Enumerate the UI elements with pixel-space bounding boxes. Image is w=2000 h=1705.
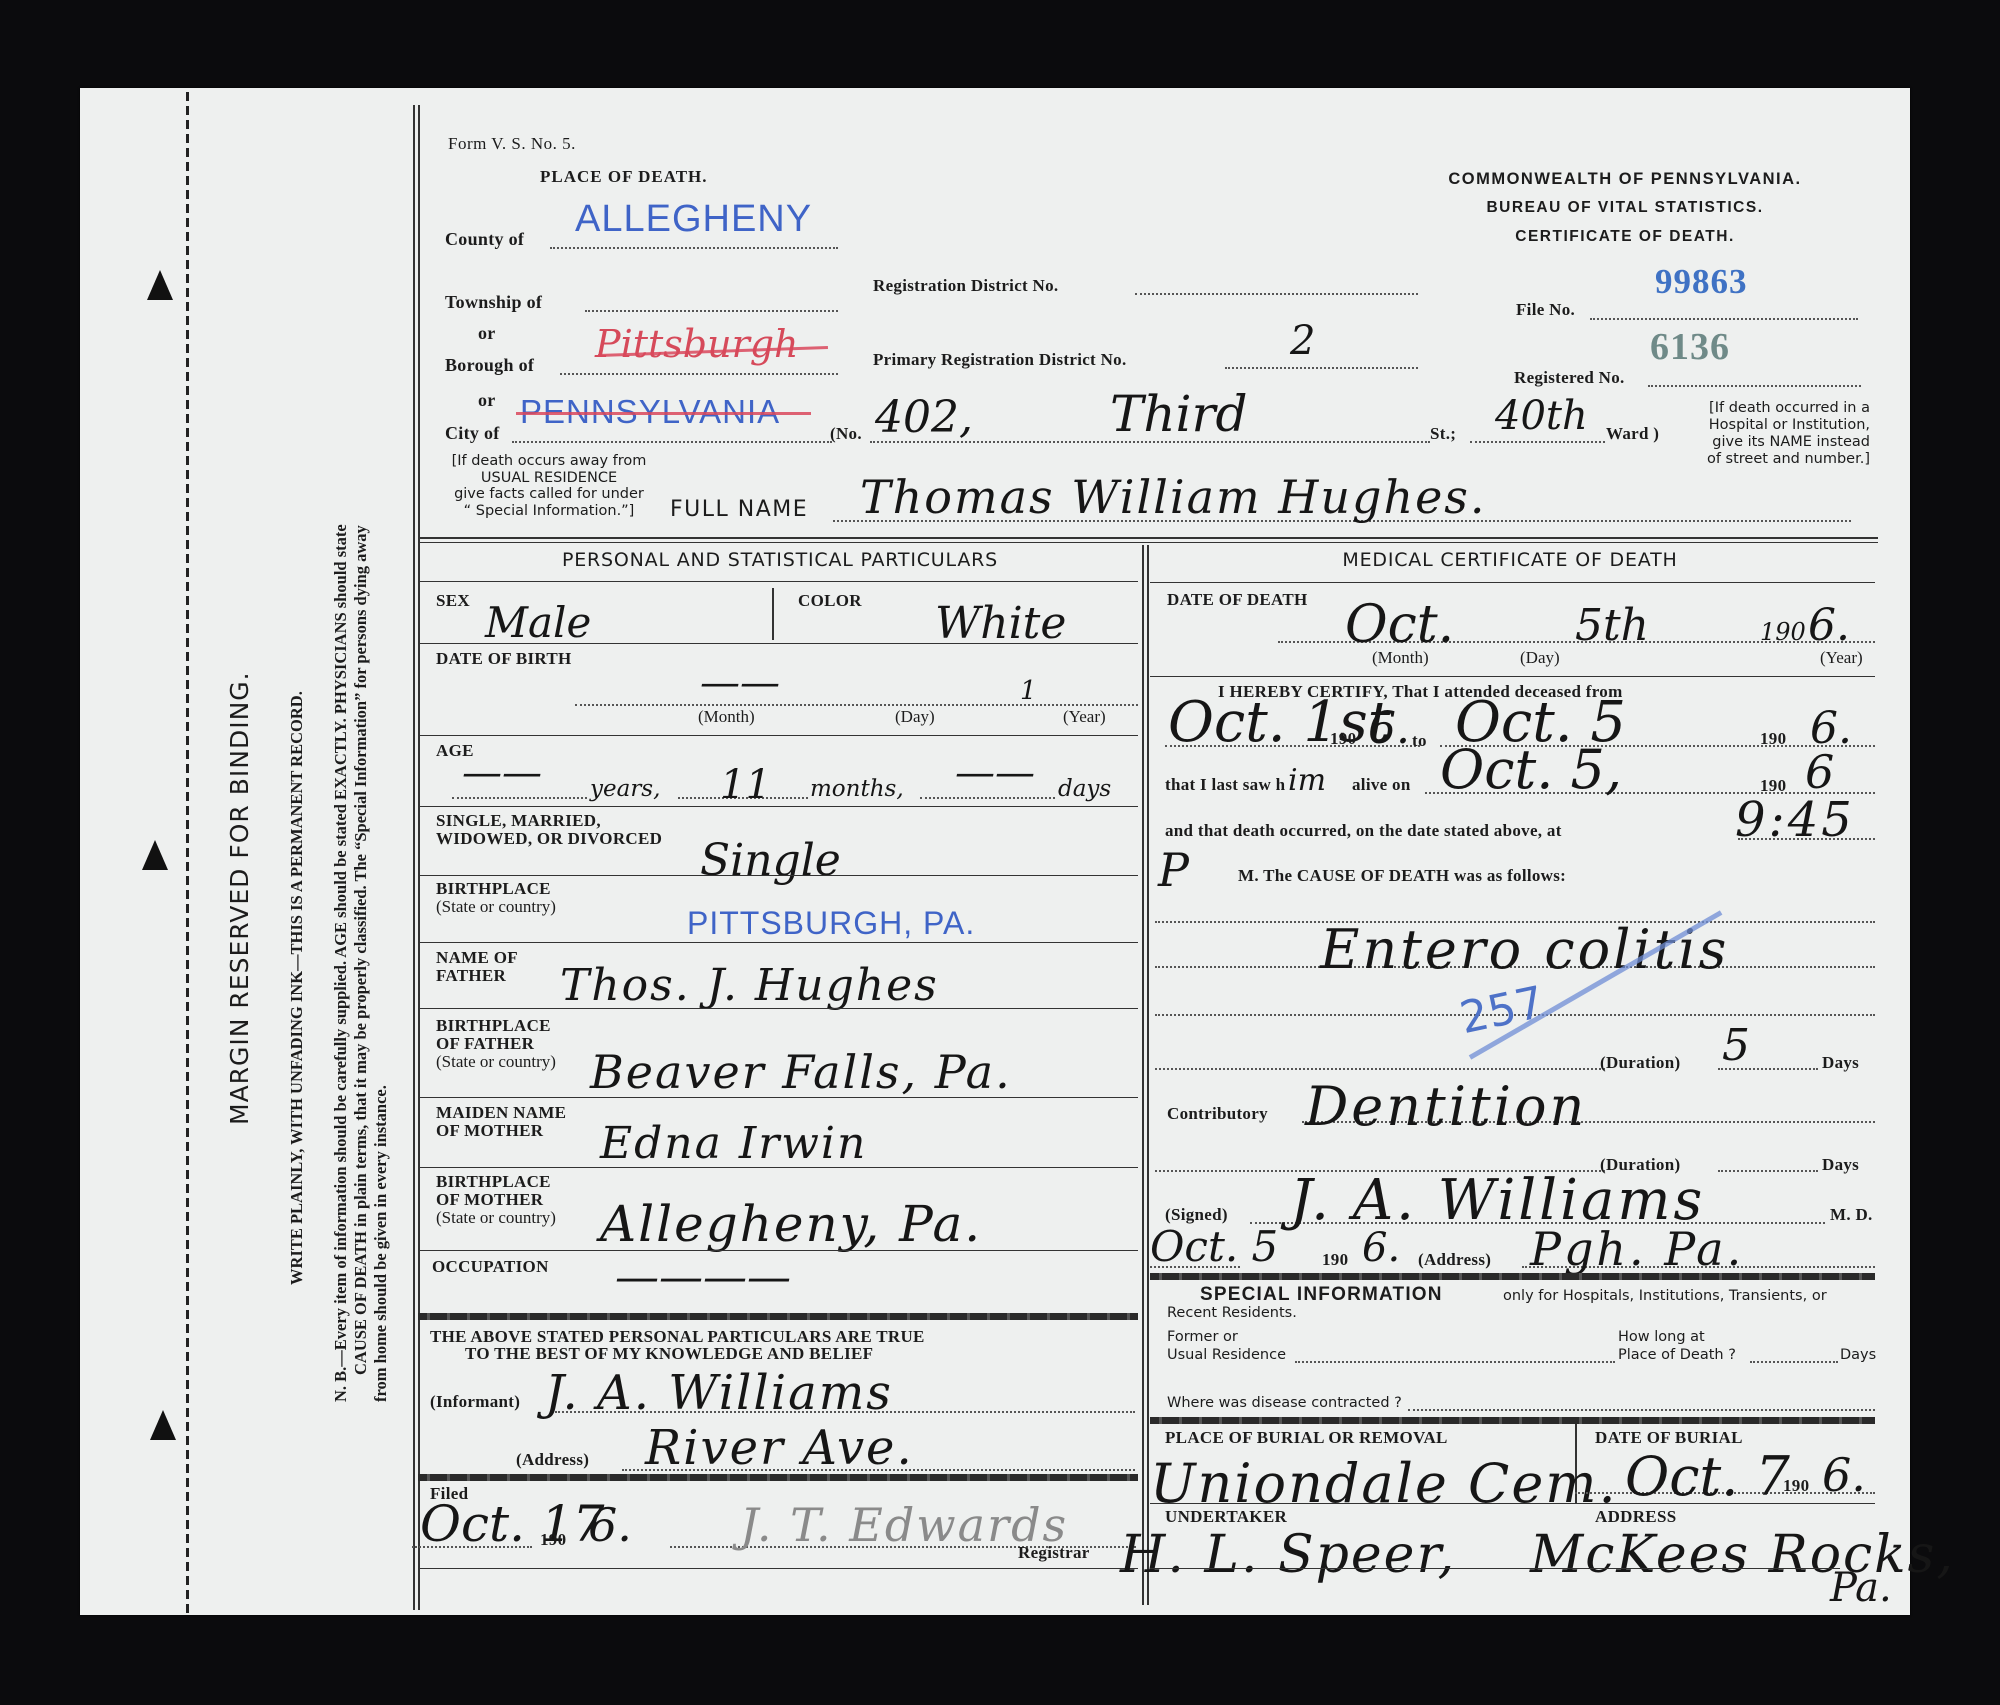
informant-address-value: River Ave. bbox=[645, 1420, 914, 1476]
street-name-value: Third bbox=[1110, 385, 1247, 443]
attended-from-year: 6. bbox=[1368, 703, 1410, 754]
city-label: City of bbox=[445, 423, 500, 444]
occupation-label: OCCUPATION bbox=[432, 1257, 549, 1277]
row-rule bbox=[420, 806, 1138, 807]
former-residence-label-2: Usual Residence bbox=[1167, 1347, 1286, 1363]
margin-rule bbox=[418, 105, 420, 1610]
registered-number-label: Registered No. bbox=[1514, 368, 1625, 388]
street-number-value: 402, bbox=[875, 392, 973, 443]
registration-district-line bbox=[1135, 293, 1418, 295]
borough-line bbox=[560, 373, 838, 375]
commonwealth-title: COMMONWEALTH OF PENNSYLVANIA. bbox=[1410, 170, 1840, 189]
binding-dashed-line bbox=[186, 92, 189, 1615]
full-name-value: Thomas William Hughes. bbox=[860, 470, 1487, 524]
am-pm-value: P bbox=[1158, 843, 1189, 897]
county-line bbox=[550, 247, 838, 249]
header-rule bbox=[420, 542, 1878, 543]
city-line bbox=[512, 441, 832, 443]
md-label: M. D. bbox=[1830, 1205, 1873, 1225]
burial-place-label: PLACE OF BURIAL OR REMOVAL bbox=[1165, 1428, 1448, 1448]
informant-value: J. A. Williams bbox=[545, 1365, 893, 1421]
row-rule bbox=[1150, 582, 1875, 583]
note-line: [If death occurred in a bbox=[1655, 400, 1870, 417]
signed-year-value: 6. bbox=[1362, 1225, 1400, 1271]
row-rule bbox=[420, 1097, 1138, 1098]
note-line: Hospital or Institution, bbox=[1655, 417, 1870, 434]
month-caption: (Month) bbox=[1372, 648, 1429, 668]
note-line: “ Special Information.”] bbox=[441, 503, 657, 520]
date-of-death-month: Oct. bbox=[1345, 595, 1454, 655]
physician-address-value: Pgh. Pa. bbox=[1530, 1222, 1744, 1276]
color-label: COLOR bbox=[798, 591, 862, 611]
row-rule bbox=[420, 1167, 1138, 1168]
cause-line-4 bbox=[1155, 1068, 1605, 1070]
row-rule bbox=[420, 942, 1138, 943]
section-bar bbox=[418, 1474, 1138, 1481]
registered-number-value: 6136 bbox=[1650, 325, 1730, 369]
column-divider bbox=[1147, 545, 1149, 1605]
birthplace-sublabel: (State or country) bbox=[436, 897, 556, 917]
ward-line bbox=[1470, 441, 1605, 443]
date-of-death-year: 6. bbox=[1808, 600, 1850, 651]
township-line bbox=[585, 310, 838, 312]
special-info-subtitle: only for Hospitals, Institutions, Transi… bbox=[1503, 1288, 1827, 1304]
section-bar bbox=[1150, 1273, 1875, 1280]
undertaker-address-value-2: Pa. bbox=[1830, 1565, 1892, 1611]
filed-year-value: 6. bbox=[588, 1498, 632, 1552]
row-rule bbox=[420, 581, 1138, 582]
file-number-line bbox=[1590, 318, 1858, 320]
date-of-death-label: DATE OF DEATH bbox=[1167, 590, 1308, 610]
row-rule bbox=[420, 875, 1138, 876]
registered-number-line bbox=[1648, 385, 1861, 387]
mother-maiden-name-value: Edna Irwin bbox=[600, 1118, 867, 1169]
attended-from-190: 190 bbox=[1330, 729, 1356, 749]
father-birthplace-sublabel: (State or country) bbox=[436, 1052, 556, 1072]
nb-note-line-2: CAUSE OF DEATH in plain terms, that it m… bbox=[351, 525, 371, 1375]
former-residence-line bbox=[1295, 1361, 1615, 1363]
color-value: White bbox=[935, 598, 1066, 649]
time-of-death-value: 9:45 bbox=[1735, 792, 1855, 848]
row-rule bbox=[420, 1250, 1138, 1251]
months-caption: months, bbox=[810, 776, 904, 802]
informant-address-label: (Address) bbox=[516, 1450, 589, 1470]
contributory-value: Dentition bbox=[1305, 1075, 1587, 1138]
alive-on-label: alive on bbox=[1352, 775, 1411, 795]
attended-to-190: 190 bbox=[1760, 729, 1786, 749]
form-number: Form V. S. No. 5. bbox=[448, 134, 576, 154]
age-days-value: —— bbox=[955, 750, 1035, 796]
burial-190: 190 bbox=[1783, 1476, 1809, 1496]
signed-date-value: Oct. 5 bbox=[1150, 1222, 1278, 1271]
primary-district-line bbox=[1225, 367, 1418, 369]
physician-address-label: (Address) bbox=[1418, 1250, 1491, 1270]
margin-rule bbox=[413, 105, 415, 1610]
street-label: St.; bbox=[1430, 424, 1456, 444]
month-caption: (Month) bbox=[698, 707, 755, 727]
row-rule bbox=[1150, 1503, 1875, 1504]
nb-note-line-1: N. B.—Every item of information should b… bbox=[331, 524, 351, 1402]
file-number-label: File No. bbox=[1516, 300, 1575, 320]
primary-district-value: 2 bbox=[1290, 318, 1315, 364]
binding-margin-text: MARGIN RESERVED FOR BINDING. bbox=[225, 671, 254, 1125]
birthplace-label: BIRTHPLACE bbox=[436, 879, 551, 899]
bottom-rule bbox=[1150, 1568, 1840, 1569]
dob-label: DATE OF BIRTH bbox=[436, 649, 572, 669]
bureau-title: BUREAU OF VITAL STATISTICS. bbox=[1410, 199, 1840, 217]
column-divider bbox=[1142, 545, 1144, 1605]
marital-label-line-2: WIDOWED, OR DIVORCED bbox=[436, 829, 662, 849]
day-caption: (Day) bbox=[1520, 648, 1560, 668]
days-caption: days bbox=[1058, 776, 1111, 802]
row-rule bbox=[420, 1008, 1138, 1009]
how-long-days-label: Days bbox=[1840, 1347, 1876, 1363]
occupation-value: ———— bbox=[615, 1252, 791, 1303]
header-rule bbox=[420, 537, 1878, 539]
father-name-value: Thos. J. Hughes bbox=[560, 960, 939, 1011]
sex-color-divider bbox=[772, 588, 774, 640]
full-name-label: FULL NAME bbox=[670, 497, 808, 522]
how-long-label-2: Place of Death ? bbox=[1618, 1347, 1736, 1363]
write-plainly-note: WRITE PLAINLY, WITH UNFADING INK—THIS IS… bbox=[287, 691, 307, 1285]
duration-2-days-label: Days bbox=[1822, 1155, 1859, 1175]
usual-residence-note: [If death occurs away from USUAL RESIDEN… bbox=[441, 453, 657, 519]
borough-label: Borough of bbox=[445, 355, 534, 376]
death-occurred-statement: and that death occurred, on the date sta… bbox=[1165, 821, 1562, 841]
last-saw-him-value: im bbox=[1288, 763, 1326, 798]
note-line: [If death occurs away from bbox=[441, 453, 657, 470]
last-saw-year: 6 bbox=[1805, 745, 1834, 799]
disease-contracted-label: Where was disease contracted ? bbox=[1167, 1395, 1402, 1411]
registrar-label: Registrar bbox=[1018, 1543, 1090, 1563]
punch-hole-mark bbox=[147, 270, 173, 300]
cause-of-death-value: Entero colitis bbox=[1320, 918, 1729, 981]
signed-date-line bbox=[1150, 1266, 1240, 1268]
note-line: give facts called for under bbox=[441, 486, 657, 503]
disease-contracted-line bbox=[1408, 1409, 1875, 1411]
section-bar bbox=[418, 1313, 1138, 1320]
undertaker-label: UNDERTAKER bbox=[1165, 1507, 1287, 1527]
mother-birthplace-value: Allegheny, Pa. bbox=[600, 1195, 982, 1253]
duration-value: 5 bbox=[1722, 1020, 1750, 1071]
personal-heading: PERSONAL AND STATISTICAL PARTICULARS bbox=[420, 549, 1140, 571]
special-info-title: SPECIAL INFORMATION bbox=[1200, 1284, 1443, 1306]
age-years-line bbox=[452, 797, 587, 799]
last-saw-date-value: Oct. 5, bbox=[1440, 738, 1622, 801]
nb-note-line-3: from home should be given in every insta… bbox=[371, 1085, 391, 1402]
cause-intro: M. The CAUSE OF DEATH was as follows: bbox=[1238, 866, 1566, 886]
city-strikethrough bbox=[516, 412, 811, 415]
declaration-line-2: TO THE BEST OF MY KNOWLEDGE AND BELIEF bbox=[465, 1344, 873, 1364]
primary-district-label: Primary Registration District No. bbox=[873, 350, 1127, 370]
mother-label-line-2: OF MOTHER bbox=[436, 1121, 543, 1141]
ward-value: 40th bbox=[1495, 393, 1588, 439]
father-label-line-1: NAME OF bbox=[436, 948, 518, 968]
how-long-line bbox=[1750, 1361, 1838, 1363]
county-value: ALLEGHENY bbox=[575, 198, 812, 241]
township-label: Township of bbox=[445, 292, 542, 313]
father-birthplace-label-line-1: BIRTHPLACE bbox=[436, 1016, 551, 1036]
row-rule bbox=[420, 643, 1138, 644]
note-line: give its NAME instead bbox=[1655, 434, 1870, 451]
day-caption: (Day) bbox=[895, 707, 935, 727]
note-line: USUAL RESIDENCE bbox=[441, 470, 657, 487]
undertaker-value: H. L. Speer, bbox=[1120, 1525, 1456, 1585]
dob-line bbox=[575, 704, 1138, 706]
burial-place-value: Uniondale Cem. bbox=[1150, 1452, 1618, 1515]
marital-value: Single bbox=[700, 835, 841, 886]
year-caption: (Year) bbox=[1063, 707, 1106, 727]
age-years-value: —— bbox=[462, 750, 542, 796]
row-rule bbox=[420, 735, 1138, 736]
burial-date-value: Oct. 7 bbox=[1625, 1445, 1790, 1508]
or-label: or bbox=[478, 323, 496, 344]
sex-label: SEX bbox=[436, 591, 470, 611]
former-residence-label-1: Former or bbox=[1167, 1329, 1238, 1345]
age-days-line bbox=[920, 797, 1055, 799]
dob-month-value: —— bbox=[700, 660, 780, 706]
father-label-line-2: FATHER bbox=[436, 966, 506, 986]
duration-label: (Duration) bbox=[1600, 1053, 1680, 1073]
punch-hole-mark bbox=[142, 840, 168, 870]
how-long-label-1: How long at bbox=[1618, 1329, 1705, 1345]
attended-from-value: Oct. 1st bbox=[1168, 690, 1390, 755]
age-months-value: 11 bbox=[720, 762, 771, 808]
filed-190-label: 190 bbox=[540, 1530, 566, 1550]
mother-birthplace-label-line-1: BIRTHPLACE bbox=[436, 1172, 551, 1192]
filed-date-value: Oct. 17 bbox=[420, 1495, 605, 1553]
date-of-death-day: 5th bbox=[1575, 600, 1649, 651]
or-label: or bbox=[478, 390, 496, 411]
father-birthplace-value: Beaver Falls, Pa. bbox=[590, 1045, 1012, 1099]
father-birthplace-label-line-2: OF FATHER bbox=[436, 1034, 534, 1054]
special-info-subtitle-2: Recent Residents. bbox=[1167, 1305, 1297, 1321]
burial-year-value: 6. bbox=[1822, 1448, 1866, 1502]
duration-days-label: Days bbox=[1822, 1053, 1859, 1073]
marital-label-line-1: SINGLE, MARRIED, bbox=[436, 811, 601, 831]
ward-label: Ward ) bbox=[1606, 424, 1659, 444]
signed-190: 190 bbox=[1322, 1250, 1348, 1270]
registration-district-label: Registration District No. bbox=[873, 276, 1059, 296]
row-rule bbox=[1150, 676, 1875, 677]
borough-value: Pittsburgh bbox=[595, 322, 799, 366]
mother-birthplace-label-line-2: OF MOTHER bbox=[436, 1190, 543, 1210]
punch-hole-mark bbox=[150, 1410, 176, 1440]
contributory-label: Contributory bbox=[1167, 1104, 1268, 1124]
county-label: County of bbox=[445, 229, 524, 250]
undertaker-address-label: ADDRESS bbox=[1595, 1507, 1676, 1527]
bottom-rule bbox=[418, 1568, 1138, 1569]
hospital-note: [If death occurred in a Hospital or Inst… bbox=[1655, 400, 1870, 468]
mother-birthplace-sublabel: (State or country) bbox=[436, 1208, 556, 1228]
last-saw-label: that I last saw h bbox=[1165, 775, 1285, 795]
dob-year-value: 1 bbox=[1020, 676, 1037, 706]
birthplace-value: PITTSBURGH, PA. bbox=[687, 905, 975, 942]
years-caption: years, bbox=[590, 776, 660, 802]
duration-2-line bbox=[1718, 1170, 1818, 1172]
informant-label: (Informant) bbox=[430, 1392, 520, 1412]
year-caption: (Year) bbox=[1820, 648, 1863, 668]
to-label: to bbox=[1412, 731, 1427, 751]
date-of-death-190: 190 bbox=[1760, 618, 1806, 646]
note-line: of street and number.] bbox=[1655, 451, 1870, 468]
sex-value: Male bbox=[485, 598, 591, 647]
place-of-death-heading: PLACE OF DEATH. bbox=[540, 167, 708, 187]
street-number-label: (No. bbox=[830, 424, 862, 444]
file-number-value: 99863 bbox=[1655, 262, 1748, 302]
medical-heading: MEDICAL CERTIFICATE OF DEATH bbox=[1150, 549, 1870, 571]
certificate-title: CERTIFICATE OF DEATH. bbox=[1410, 228, 1840, 246]
section-bar bbox=[1150, 1417, 1875, 1424]
mother-label-line-1: MAIDEN NAME bbox=[436, 1103, 566, 1123]
